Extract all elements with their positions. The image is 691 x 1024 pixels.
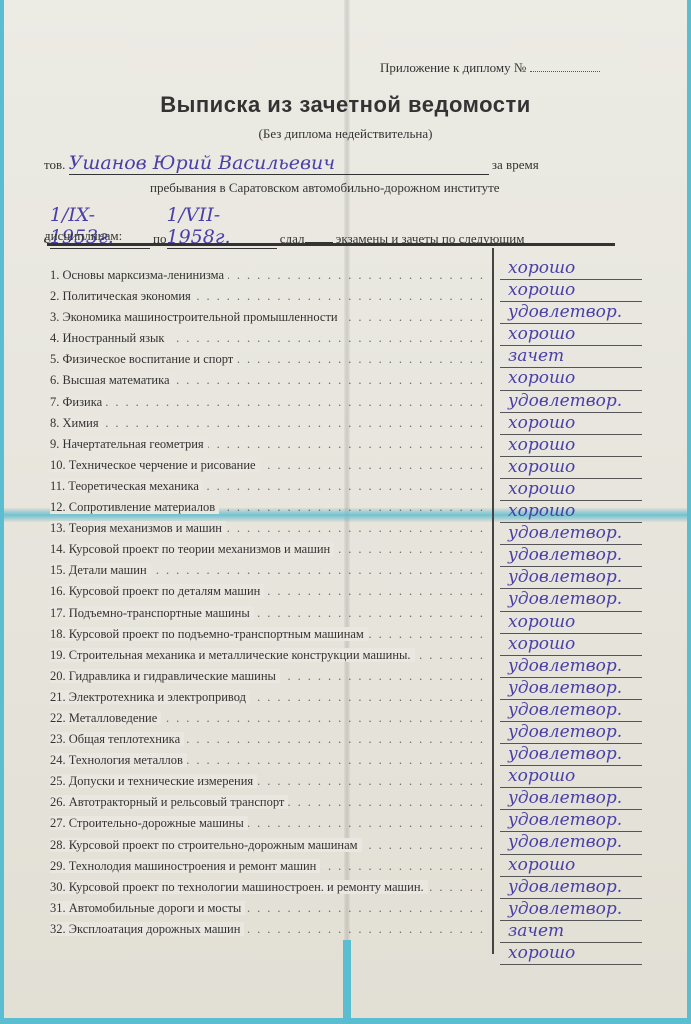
grade-value: удовлетвор. [508,589,622,609]
grade-value: удовлетвор. [508,545,622,565]
subject-name: 17. Подъемно-транспортные машины [50,606,250,620]
subject-name: 4. Иностранный язык [50,331,165,345]
subject-row: ........................................… [50,901,490,922]
grade-value: удовлетвор. [508,678,622,698]
grade-value: удовлетвор. [508,744,622,764]
subject-name: 32. Эксплоатация дорожных машин [50,922,240,936]
grade-value: хорошо [508,634,575,654]
grades-list: хорошохорошоудовлетвор.хорошозачетхорошо… [500,258,660,965]
subject-name: 10. Техническое черчение и рисование [50,458,256,472]
grade-value: хорошо [508,280,575,300]
grade-cell: удовлетвор. [500,877,642,899]
subject-row: ........................................… [50,331,490,352]
grade-cell: хорошо [500,324,642,346]
subject-name: 8. Химия [50,416,99,430]
grade-value: удовлетвор. [508,656,622,676]
grade-cell: удовлетвор. [500,545,642,567]
grade-value: удовлетвор. [508,722,622,742]
grade-value: хорошо [508,324,575,344]
subject-row: ........................................… [50,922,490,943]
grade-value: удовлетвор. [508,810,622,830]
grade-cell: удовлетвор. [500,788,642,810]
subject-row: ........................................… [50,563,490,584]
grade-column-divider [492,248,494,954]
subject-row: ........................................… [50,437,490,458]
subject-name: 24. Технология металлов [50,753,183,767]
grade-cell: хорошо [500,479,642,501]
grade-cell: хорошо [500,943,642,965]
student-line: тов. Ушанов Юрий Васильевич за время [44,152,539,175]
grade-cell: удовлетвор. [500,832,642,854]
grade-cell: хорошо [500,855,642,877]
grade-value: хорошо [508,943,575,963]
subject-row: ........................................… [50,416,490,437]
grade-cell: хорошо [500,413,642,435]
subject-name: 3. Экономика машиностроительной промышле… [50,310,338,324]
grade-value: удовлетвор. [508,523,622,543]
subject-row: ........................................… [50,732,490,753]
subject-row: ........................................… [50,373,490,394]
subject-name: 19. Строительная механика и металлически… [50,648,411,662]
grade-value: удовлетвор. [508,788,622,808]
subject-row: ........................................… [50,859,490,880]
grade-cell: удовлетвор. [500,302,642,324]
subject-name: 16. Курсовой проект по деталям машин [50,584,260,598]
grade-cell: хорошо [500,634,642,656]
grade-cell: удовлетвор. [500,744,642,766]
subject-row: ........................................… [50,838,490,859]
grade-value: удовлетвор. [508,391,622,411]
subject-row: ........................................… [50,795,490,816]
subject-name: 2. Политическая экономия [50,289,191,303]
subject-name: 30. Курсовой проект по технологии машино… [50,880,424,894]
grade-cell: удовлетвор. [500,700,642,722]
grade-cell: хорошо [500,501,642,523]
subject-row: ........................................… [50,584,490,605]
subject-name: 5. Физическое воспитание и спорт [50,352,233,366]
subject-row: ........................................… [50,690,490,711]
appendix-number-blank [530,71,600,72]
grade-value: удовлетвор. [508,302,622,322]
grade-cell: удовлетвор. [500,567,642,589]
grade-value: удовлетвор. [508,700,622,720]
grade-cell: зачет [500,921,642,943]
subject-row: ........................................… [50,289,490,310]
subject-row: ........................................… [50,606,490,627]
grade-value: удовлетвор. [508,877,622,897]
grade-value: удовлетвор. [508,567,622,587]
subject-row: ........................................… [50,669,490,690]
leader-dots: ........................................… [65,416,490,431]
student-name-field: Ушанов Юрий Васильевич [69,152,489,175]
grade-cell: зачет [500,346,642,368]
subject-row: ........................................… [50,542,490,563]
subject-row: ........................................… [50,816,490,837]
grade-value: хорошо [508,501,575,521]
grade-cell: удовлетвор. [500,722,642,744]
grade-value: зачет [508,346,564,366]
grade-cell: удовлетвор. [500,678,642,700]
grade-cell: удовлетвор. [500,589,642,611]
subject-row: ........................................… [50,880,490,901]
subjects-list: ........................................… [50,268,490,943]
subject-name: 21. Электротехника и электропривод [50,690,246,704]
grade-value: хорошо [508,368,575,388]
subject-row: ........................................… [50,627,490,648]
grade-value: удовлетвор. [508,899,622,919]
subject-name: 23. Общая теплотехника [50,732,180,746]
subject-row: ........................................… [50,395,490,416]
grade-value: хорошо [508,258,575,278]
subject-name: 29. Технолодия машиностроения и ремонт м… [50,859,316,873]
grade-cell: удовлетвор. [500,656,642,678]
document-title: Выписка из зачетной ведомости [0,92,691,118]
grade-value: зачет [508,921,564,941]
subject-name: 7. Физика [50,395,102,409]
subject-name: 31. Автомобильные дороги и мосты [50,901,241,915]
subject-name: 1. Основы марксизма-ленинизма [50,268,224,282]
leader-dots: ........................................… [65,395,490,410]
grade-value: хорошо [508,457,575,477]
subject-name: 15. Детали машин [50,563,147,577]
subject-name: 22. Металловедение [50,711,157,725]
subject-name: 28. Курсовой проект по строительно-дорож… [50,838,358,852]
grade-cell: удовлетвор. [500,899,642,921]
subject-row: ........................................… [50,479,490,500]
grade-value: хорошо [508,612,575,632]
subject-name: 9. Начертательная геометрия [50,437,204,451]
subject-row: ........................................… [50,352,490,373]
date-to: 1/VII-1958г. [167,204,231,248]
subject-name: 26. Автотракторный и рельсовый транспорт [50,795,284,809]
comrade-prefix: тов. [44,157,65,172]
subject-row: ........................................… [50,711,490,732]
subject-row: ........................................… [50,648,490,669]
subject-row: ........................................… [50,458,490,479]
subject-row: ........................................… [50,753,490,774]
appendix-label: Приложение к диплому № [380,60,526,75]
subject-name: 14. Курсовой проект по теории механизмов… [50,542,330,556]
subject-row: ........................................… [50,774,490,795]
grade-cell: удовлетвор. [500,523,642,545]
vertical-fold-tear [343,940,351,1024]
subject-name: 12. Сопротивление материалов [50,500,215,514]
grade-value: хорошо [508,766,575,786]
subject-name: 11. Теоретическая механика [50,479,199,493]
subject-row: ........................................… [50,268,490,289]
appendix-line: Приложение к диплому № [380,60,600,76]
subject-row: ........................................… [50,521,490,542]
grade-cell: удовлетвор. [500,810,642,832]
subject-name: 13. Теория механизмов и машин [50,521,222,535]
subject-row: ........................................… [50,500,490,521]
institute-line: пребывания в Саратовском автомобильно-до… [150,180,500,196]
document-subtitle: (Без диплома недействительна) [0,126,691,142]
subject-name: 18. Курсовой проект по подъемно-транспор… [50,627,364,641]
subject-row: ........................................… [50,310,490,331]
grade-value: хорошо [508,479,575,499]
grade-cell: хорошо [500,612,642,634]
grade-value: хорошо [508,413,575,433]
subject-name: 25. Допуски и технические измерения [50,774,253,788]
grade-cell: хорошо [500,457,642,479]
grade-cell: хорошо [500,368,642,390]
disciplines-label: дисциплинам: [44,228,122,244]
subject-name: 6. Высшая математика [50,373,170,387]
header-rule [47,243,615,246]
grade-cell: хорошо [500,766,642,788]
grade-value: хорошо [508,435,575,455]
grade-cell: удовлетвор. [500,391,642,413]
grade-value: удовлетвор. [508,832,622,852]
student-name: Ушанов Юрий Васильевич [69,152,335,174]
grade-cell: хорошо [500,258,642,280]
grade-cell: хорошо [500,280,642,302]
period-label: за время [492,157,539,172]
subject-name: 27. Строительно-дорожные машины [50,816,244,830]
grade-value: хорошо [508,855,575,875]
subject-name: 20. Гидравлика и гидравлические машины [50,669,276,683]
grade-cell: хорошо [500,435,642,457]
